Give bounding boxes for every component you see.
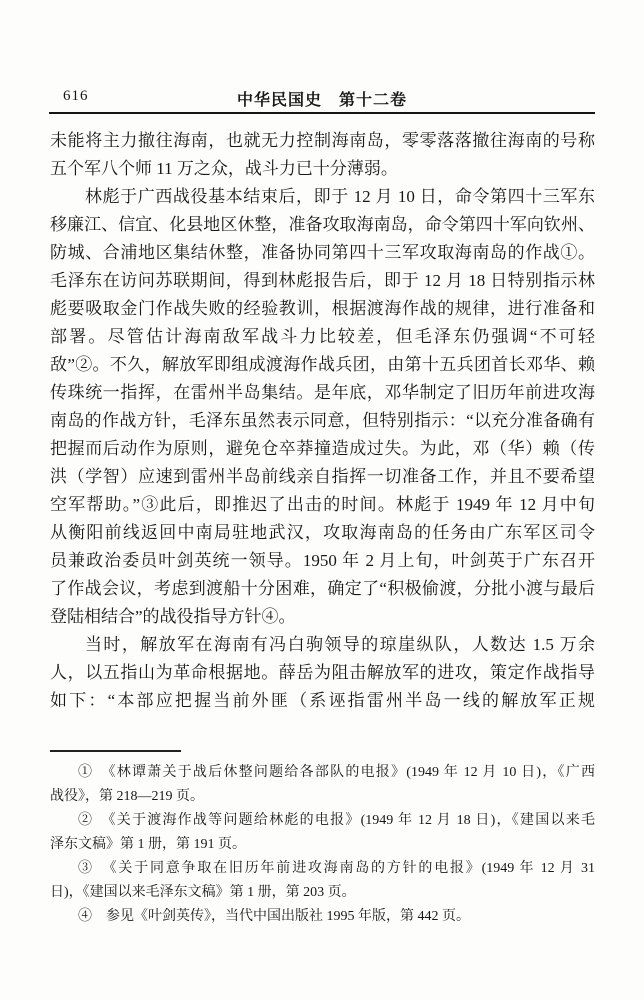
footnote-divider: [50, 750, 181, 752]
footnote-line: ② 《关于渡海作战等问题给林彪的电报》(1949 年 12 月 18 日)，《建…: [50, 809, 595, 833]
body-line: 登陆相结合”的战役指导方针④。: [50, 603, 595, 631]
body-line: 空军帮助。”③此后，即推迟了出击的时间。林彪于 1949 年 12 月中旬: [50, 491, 595, 519]
body-line: 未能将主力撤往海南，也就无力控制海南岛，零零落落撤往海南的号称: [50, 127, 595, 155]
body-line: 南岛的作战方针，毛泽东虽然表示同意，但特别指示：“以充分准备确有: [50, 407, 595, 435]
footnote-line: 泽东文稿》第 1 册，第 191 页。: [50, 833, 595, 857]
body-line: 移廉江、信宜、化县地区休整，准备攻取海南岛，命令第四十军向钦州、: [50, 211, 595, 239]
body-text: 未能将主力撤往海南，也就无力控制海南岛，零零落落撤往海南的号称 五个军八个师 1…: [50, 127, 595, 715]
body-line: 洪（学智）应速到雷州半岛前线亲自指挥一切准备工作，并且不要希望: [50, 463, 595, 491]
body-line: 彪要吸取金门作战失败的经验教训，根据渡海作战的规律，进行准备和: [50, 295, 595, 323]
footnotes: ① 《林谭萧关于战后休整问题给各部队的电报》(1949 年 12 月 10 日)…: [50, 761, 595, 929]
body-line: 敌”②。不久，解放军即组成渡海作战兵团，由第十五兵团首长邓华、赖: [50, 351, 595, 379]
footnote-line: ④ 参见《叶剑英传》，当代中国出版社 1995 年版，第 442 页。: [50, 905, 595, 929]
body-line: 当时，解放军在海南有冯白驹领导的琼崖纵队，人数达 1.5 万余: [50, 631, 595, 659]
body-line: 人，以五指山为革命根据地。薛岳为阻击解放军的进攻，策定作战指导: [50, 659, 595, 687]
body-line: 林彪于广西战役基本结束后，即于 12 月 10 日，命令第四十三军东: [50, 183, 595, 211]
book-page: 616 中华民国史 第十二卷 未能将主力撤往海南，也就无力控制海南岛，零零落落撤…: [0, 0, 644, 1000]
body-line: 毛泽东在访问苏联期间，得到林彪报告后，即于 12 月 18 日特别指示林: [50, 267, 595, 295]
body-line: 从衡阳前线返回中南局驻地武汉，攻取海南岛的任务由广东军区司令: [50, 519, 595, 547]
header-divider: [49, 112, 595, 114]
body-line: 把握而后动作为原则，避免仓卒莽撞造成过失。为此，邓（华）赖（传珠）: [50, 435, 595, 463]
body-line: 如下：“本部应把握当前外匪（系诬指雷州半岛一线的解放军正规: [50, 687, 595, 715]
running-head-book-title: 中华民国史 第十二卷: [0, 87, 644, 110]
footnote-line: ③ 《关于同意争取在旧历年前进攻海南岛的方针的电报》(1949 年 12 月 3…: [50, 857, 595, 881]
body-line: 传珠统一指挥，在雷州半岛集结。是年底，邓华制定了旧历年前进攻海: [50, 379, 595, 407]
footnote-line: ① 《林谭萧关于战后休整问题给各部队的电报》(1949 年 12 月 10 日)…: [50, 761, 595, 785]
body-line: 员兼政治委员叶剑英统一领导。1950 年 2 月上旬，叶剑英于广东召开: [50, 547, 595, 575]
footnote-line: 战役》，第 218—219 页。: [50, 785, 595, 809]
footnote-line: 日)，《建国以来毛泽东文稿》第 1 册，第 203 页。: [50, 881, 595, 905]
body-line: 部署。尽管估计海南敌军战斗力比较差，但毛泽东仍强调“不可轻: [50, 323, 595, 351]
body-line: 五个军八个师 11 万之众，战斗力已十分薄弱。: [50, 155, 595, 183]
body-line: 了作战会议，考虑到渡船十分困难，确定了“积极偷渡，分批小渡与最后: [50, 575, 595, 603]
body-line: 防城、合浦地区集结休整，准备协同第四十三军攻取海南岛的作战①。: [50, 239, 595, 267]
